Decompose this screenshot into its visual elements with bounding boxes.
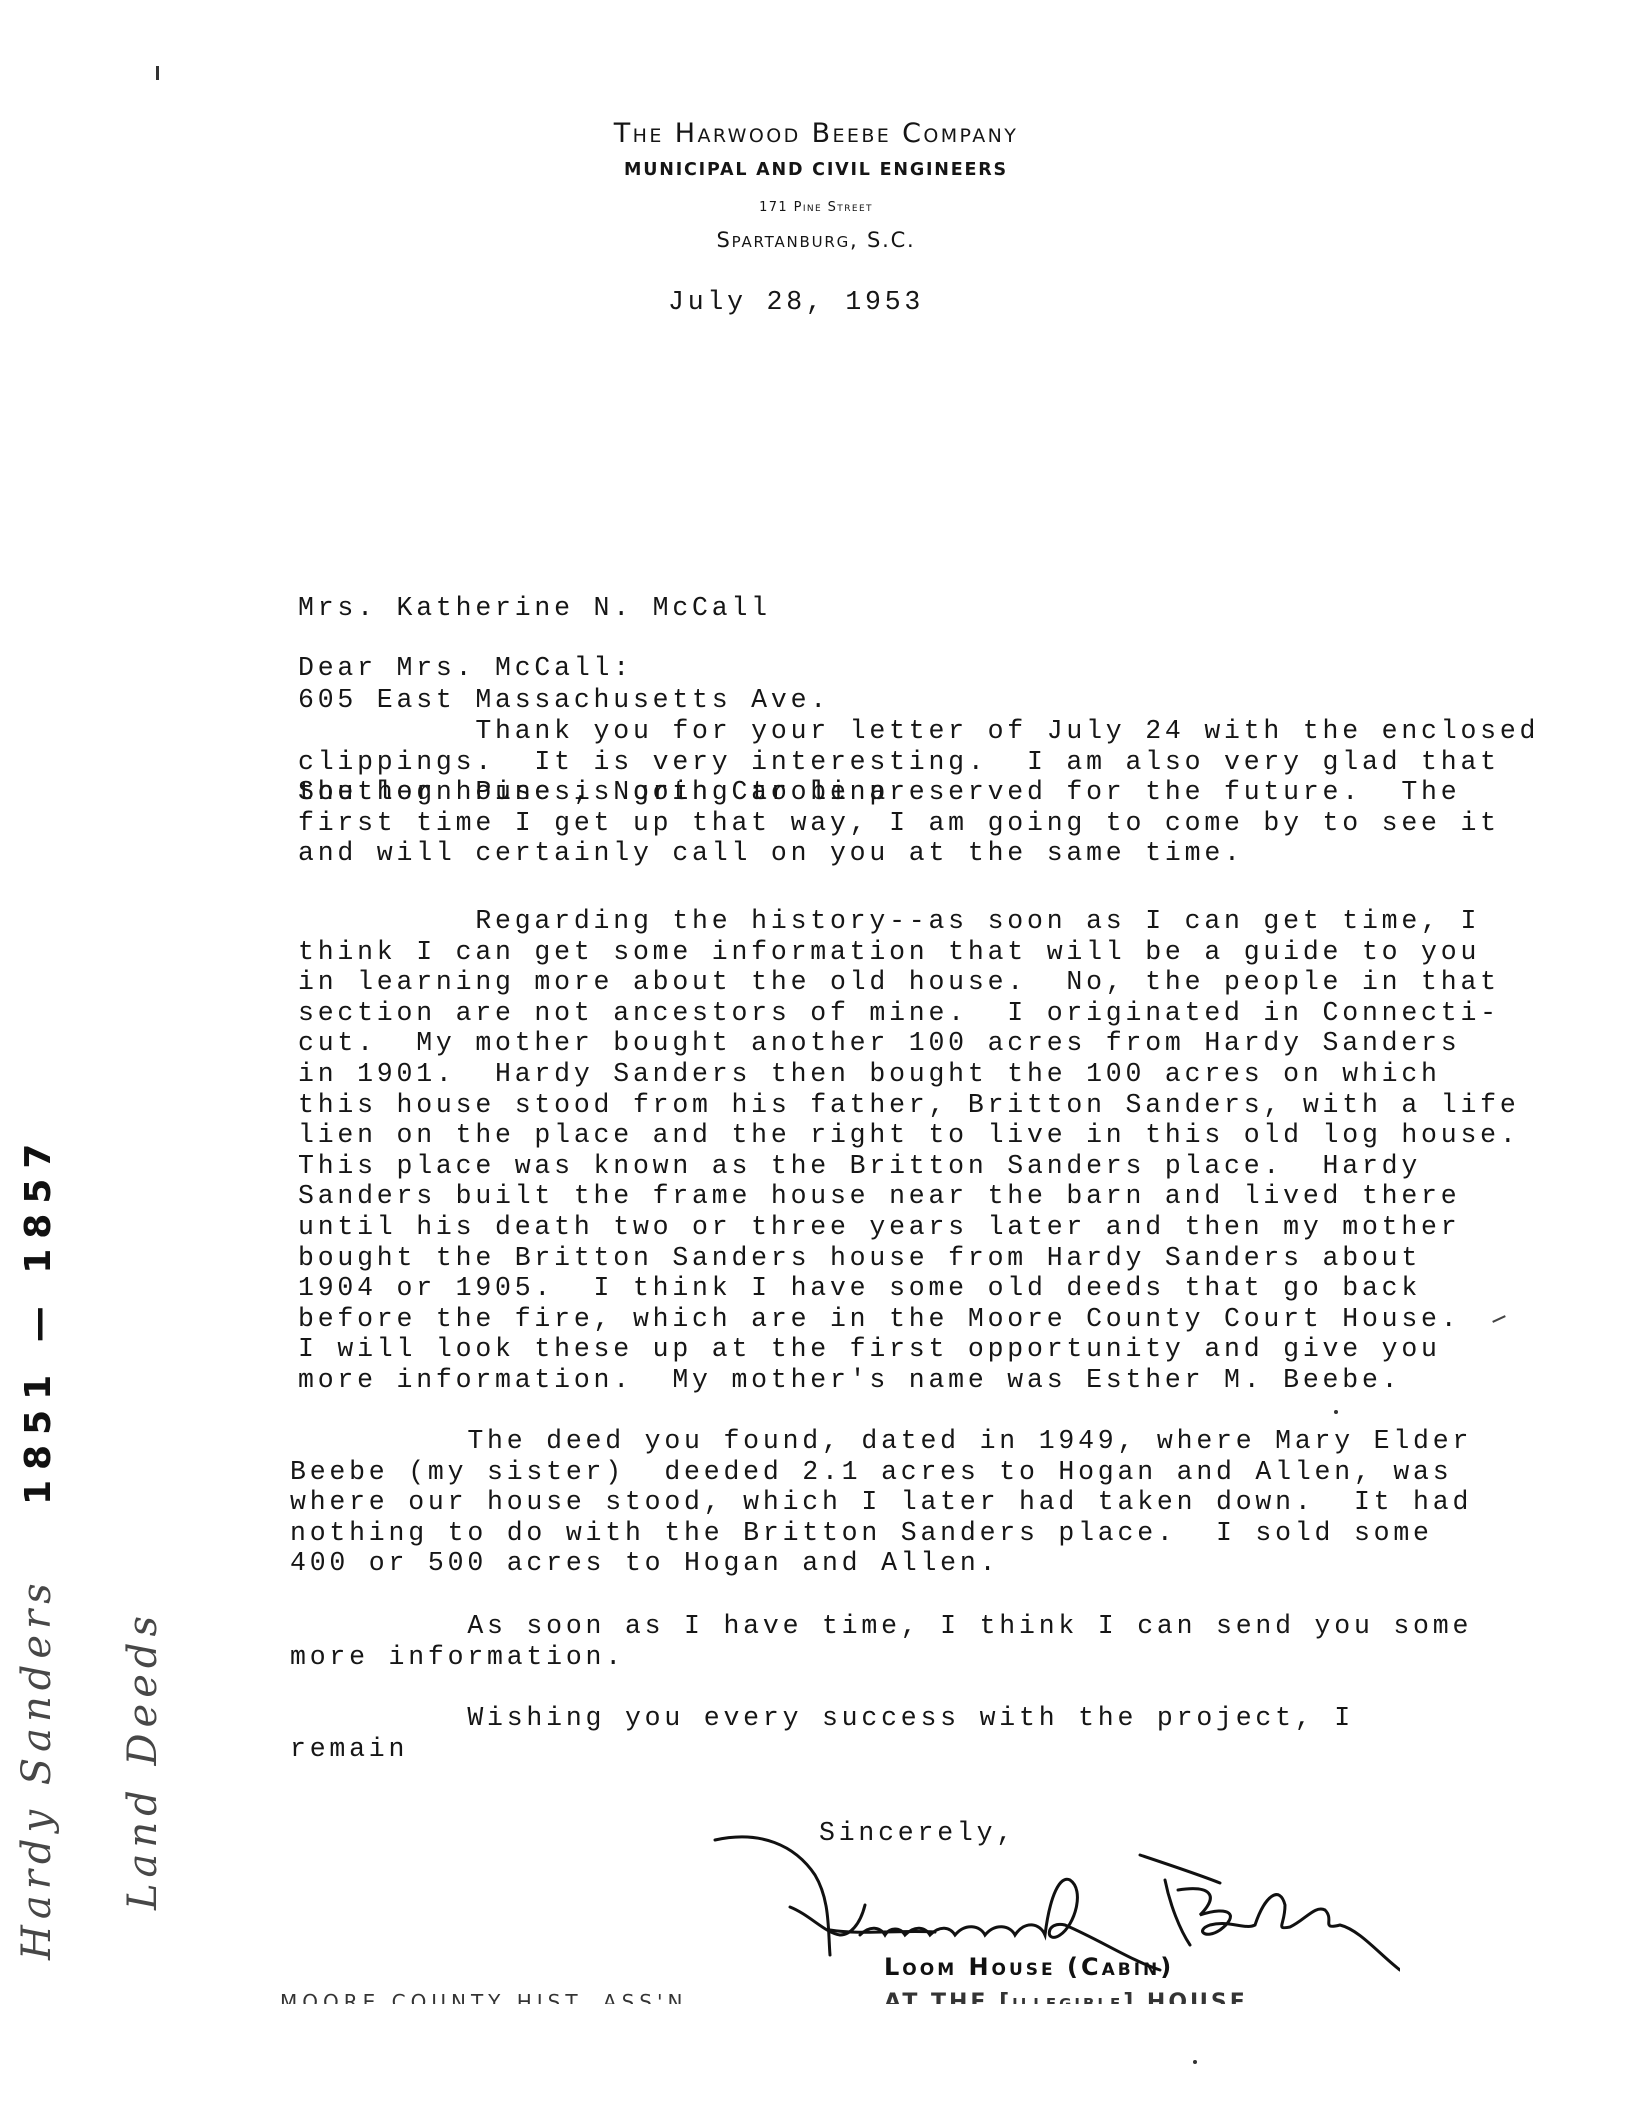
stray-dot — [1334, 1410, 1338, 1414]
margin-years: 1851 — 1857 — [18, 1134, 59, 1505]
letterhead-street: 171 Pine Street — [0, 200, 1632, 215]
margin-note: Land Deeds — [120, 1610, 166, 1910]
letter-date: July 28, 1953 — [668, 287, 924, 318]
paragraph-deed: The deed you found, dated in 1949, where… — [290, 1426, 1472, 1579]
paragraph-thanks: Thank you for your letter of July 24 wit… — [298, 716, 1539, 869]
letterhead-subtitle: MUNICIPAL AND CIVIL ENGINEERS — [0, 160, 1632, 180]
paragraph-history: Regarding the history--as soon as I can … — [298, 906, 1520, 1396]
recipient-street: 605 East Massachusetts Ave. — [298, 685, 889, 716]
annotation-loom-house-line2: AT THE [illegible] HOUSE — [884, 1990, 1248, 2004]
stray-mark — [156, 66, 159, 80]
paragraph-wishes: Wishing you every success with the proje… — [290, 1703, 1354, 1764]
letterhead-company: The Harwood Beebe Company — [0, 118, 1632, 149]
paragraph-more-info: As soon as I have time, I think I can se… — [290, 1611, 1472, 1672]
recipient-name: Mrs. Katherine N. McCall — [298, 593, 889, 624]
annotation-moore-county: MOORE COUNTY HIST. ASS'N — [280, 1990, 687, 2004]
letterhead-city: Spartanburg, S.C. — [0, 228, 1632, 252]
margin-name: Hardy Sanders — [14, 1577, 60, 1960]
annotation-loom-house: Loom House (Cabin) — [884, 1953, 1174, 1981]
stray-dot — [1193, 2060, 1197, 2064]
salutation: Dear Mrs. McCall: — [298, 653, 633, 684]
